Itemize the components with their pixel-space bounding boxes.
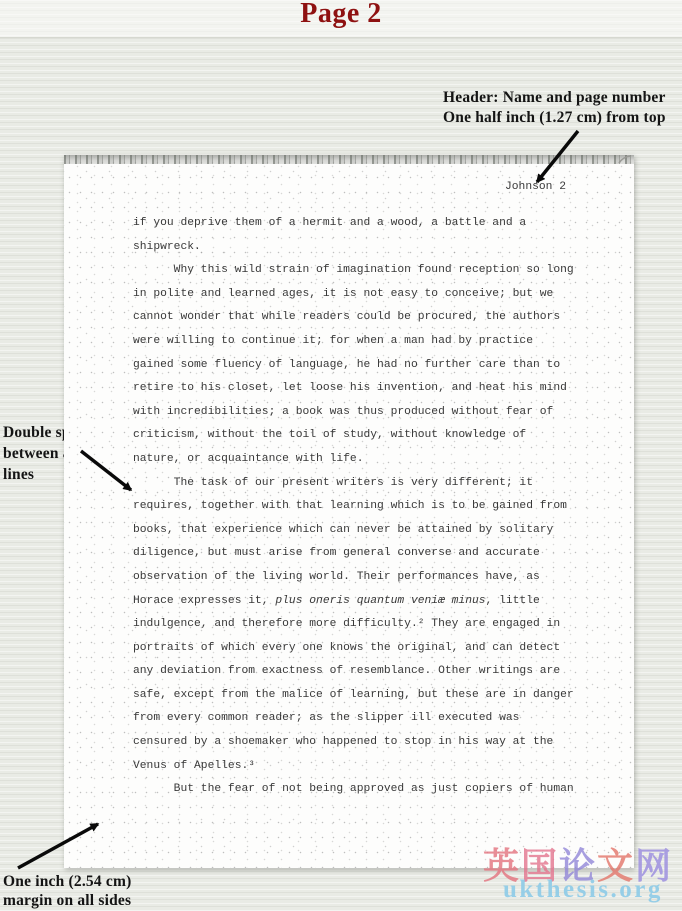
typed-line: Horace expresses it, plus oneris quantum…	[133, 590, 603, 614]
typed-line: retire to his closet, let loose his inve…	[133, 377, 603, 401]
typed-line: shipwreck.	[133, 236, 603, 260]
annotation-header-rule: Header: Name and page number One half in…	[443, 88, 682, 128]
typed-line: diligence, but must arise from general c…	[133, 542, 603, 566]
typed-line: safe, except from the malice of learning…	[133, 684, 603, 708]
typed-line: portraits of which every one knows the o…	[133, 637, 603, 661]
typed-lines: if you deprive them of a hermit and a wo…	[133, 212, 603, 802]
typed-line: indulgence, and therefore more difficult…	[133, 613, 603, 637]
page-title: Page 2	[0, 0, 682, 30]
typed-line: The task of our present writers is very …	[133, 472, 603, 496]
annotation-margin-line2: margin on all sides	[3, 891, 183, 910]
typed-line: Venus of Apelles.³	[133, 755, 603, 779]
typed-line: any deviation from exactness of resembla…	[133, 660, 603, 684]
typed-line: criticism, without the toil of study, wi…	[133, 424, 603, 448]
typed-line: Why this wild strain of imagination foun…	[133, 259, 603, 283]
watermark-url: ukthesis.org	[503, 876, 663, 904]
annotation-margin-rule: One inch (2.54 cm) margin on all sides	[3, 872, 183, 910]
running-head: Johnson 2	[505, 181, 566, 193]
typed-line: requires, together with that learning wh…	[133, 495, 603, 519]
typed-line: were willing to continue it; for when a …	[133, 330, 603, 354]
typed-line: books, that experience which can never b…	[133, 519, 603, 543]
typed-line: in polite and learned ages, it is not ea…	[133, 283, 603, 307]
typed-line: nature, or acquaintance with life.	[133, 448, 603, 472]
typed-line: censured by a shoemaker who happened to …	[133, 731, 603, 755]
annotation-margin-line1: One inch (2.54 cm)	[3, 872, 183, 891]
typed-line: cannot wonder that while readers could b…	[133, 306, 603, 330]
instructional-page: { "title": "Page 2", "annotations": { "h…	[0, 0, 682, 911]
paper-torn-edge	[64, 155, 634, 164]
typed-line: with incredibilities; a book was thus pr…	[133, 401, 603, 425]
scanned-manuscript-page: Johnson 2 if you deprive them of a hermi…	[64, 155, 634, 868]
typed-line: if you deprive them of a hermit and a wo…	[133, 212, 603, 236]
typed-line: from every common reader; as the slipper…	[133, 707, 603, 731]
typed-line: observation of the living world. Their p…	[133, 566, 603, 590]
typed-line: But the fear of not being approved as ju…	[133, 778, 603, 802]
annotation-header-line2: One half inch (1.27 cm) from top	[443, 108, 682, 128]
annotation-header-line1: Header: Name and page number	[443, 88, 682, 108]
typed-line: gained some fluency of language, he had …	[133, 354, 603, 378]
